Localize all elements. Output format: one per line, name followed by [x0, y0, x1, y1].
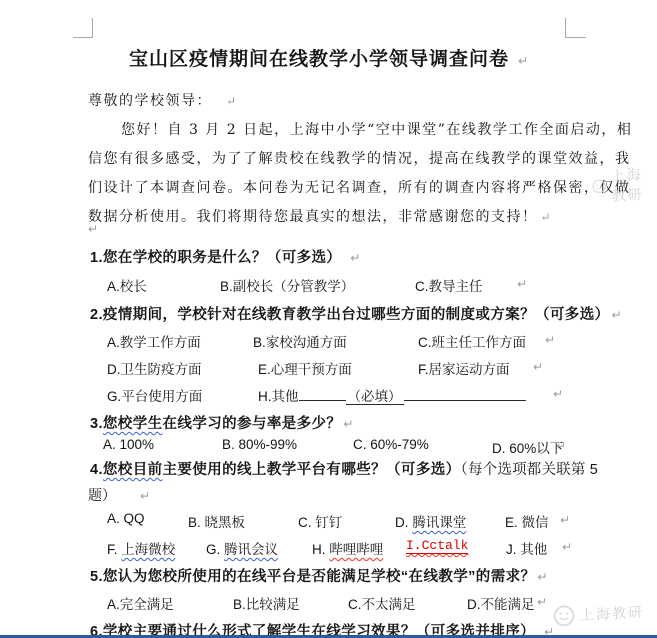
question-3-label: 3.您校学生在线学习的参与率是多少？↵	[90, 412, 353, 433]
question-4-number: 4.	[90, 462, 103, 478]
paragraph-mark-icon: ↵	[612, 308, 622, 322]
intro-line: 数据分析使用。我们将期待您最真实的想法，非常感谢您的支持！↵	[88, 206, 551, 226]
question-3-text: 在线学习的参与率是多少？	[163, 416, 342, 432]
option-h-spellcheck-term: 哔哩哔哩	[329, 542, 383, 557]
option-b: B.比较满足	[233, 593, 300, 613]
paragraph-mark-icon: ↵	[553, 387, 563, 401]
question-4-note-line2: 题）↵	[88, 485, 150, 505]
question-5-label: 5.您认为您校所使用的在线平台是否能满足学校“在线教学”的需求？↵	[90, 565, 547, 586]
page-margin-crop-mark-top-left	[73, 18, 93, 38]
question-3-number: 3.	[90, 416, 103, 432]
watermark-logo-icon	[552, 604, 575, 627]
watermark-text: 上海教研	[580, 602, 645, 625]
page-margin-crop-mark-top-right	[565, 18, 586, 38]
paragraph-mark-icon: ↵	[545, 333, 555, 347]
option-c: C.不太满足	[348, 593, 416, 613]
option-f: F. 上海微校	[107, 538, 175, 558]
option-d: D. 60%以下	[492, 437, 563, 457]
option-b: B.副校长（分管教学）	[220, 275, 354, 295]
question-4-spellcheck-term: 您校目前	[103, 462, 163, 478]
page-title-text: 宝山区疫情期间在线教学小学领导调查问卷	[129, 49, 509, 70]
question-2-label: 2.疫情期间，学校针对在线教育教学出台过哪些方面的制度或方案？（可多选）↵	[90, 303, 622, 324]
option-a: A.教学工作方面	[107, 331, 201, 351]
paragraph-mark-icon: ↵	[350, 251, 360, 265]
question-1-label: 1.您在学校的职务是什么？（可多选）↵	[90, 246, 360, 267]
watermark-bottom-right: 上海教研	[552, 601, 644, 628]
option-a: A.完全满足	[107, 593, 174, 613]
option-c: C.教导主任	[415, 275, 483, 295]
question-4-note: （每个选项都关联第 5	[461, 462, 599, 478]
option-h-label: H.其他	[258, 389, 299, 404]
option-a: A. QQ	[107, 511, 145, 526]
paragraph-mark-icon: ↵	[226, 94, 236, 108]
intro-line: 们设计了本调查问卷。本问卷为无记名调查，所有的调查内容将严格保密，仅做	[88, 177, 631, 197]
paragraph-mark-icon: ↵	[562, 540, 572, 554]
intro-line-text: 数据分析使用。我们将期待您最真实的想法，非常感谢您的支持！	[88, 209, 538, 225]
question-2-text: 2.疫情期间，学校针对在线教育教学出台过哪些方面的制度或方案？（可多选）	[90, 307, 610, 323]
paragraph-mark-icon: ↵	[518, 54, 528, 68]
option-g: G.平台使用方面	[107, 385, 202, 405]
option-d-spellcheck-term: 腾讯课堂	[412, 515, 466, 530]
question-2-options-row3: G.平台使用方面 H.其他（必填） ↵	[0, 385, 657, 402]
option-h: H. 哔哩哔哩	[312, 538, 383, 558]
paragraph-mark-icon: ↵	[343, 417, 353, 431]
fill-in-blank-line	[299, 386, 346, 401]
question-3-spellcheck-term: 您校学生	[103, 416, 163, 432]
watermark-text: 上海教研	[610, 163, 657, 205]
option-g: G. 腾讯会议	[206, 538, 278, 558]
greeting-line: 尊敬的学校领导：↵	[88, 90, 236, 110]
greeting-text: 尊敬的学校领导：	[88, 93, 212, 109]
option-a: A.校长	[107, 275, 147, 295]
paragraph-mark-icon: ↵	[517, 277, 527, 291]
option-e: E. 微信	[505, 511, 549, 531]
option-c: C.班主任工作方面	[418, 331, 526, 351]
paragraph-mark-icon: ↵	[556, 439, 566, 453]
option-c: C. 钉钉	[298, 511, 342, 531]
option-h-prefix: H.	[312, 542, 329, 557]
question-1-text: 1.您在学校的职务是什么？（可多选）	[90, 250, 341, 266]
watermark-right: 上海教研	[591, 163, 657, 206]
option-f-prefix: F.	[107, 542, 121, 557]
option-f-spellcheck-term: 上海微校	[121, 542, 175, 557]
option-h-other: H.其他（必填）	[258, 385, 526, 405]
paragraph-mark-icon: ↵	[88, 222, 98, 236]
question-3-options: A. 100% B. 80%-99% C. 60%-79% D. 60%以下 ↵	[0, 437, 657, 454]
paragraph-mark-icon: ↵	[560, 513, 570, 527]
fill-in-blank-line	[404, 386, 526, 401]
option-i-cctalk: I.Cctalk	[406, 538, 468, 554]
question-2-options-row1: A.教学工作方面 B.家校沟通方面 C.班主任工作方面 ↵	[0, 331, 657, 348]
option-e: E.心理干预方面	[258, 358, 352, 378]
option-d: D. 腾讯课堂	[395, 511, 466, 531]
paragraph-mark-icon: ↵	[537, 595, 547, 609]
option-b: B. 80%-99%	[222, 437, 297, 452]
option-d: D.不能满足	[467, 593, 535, 613]
document-page: 宝山区疫情期间在线教学小学领导调查问卷↵ 尊敬的学校领导：↵ 您好！自 3 月 …	[0, 0, 657, 638]
paragraph-mark-icon: ↵	[537, 570, 547, 584]
intro-line: 您好！自 3 月 2 日起，上海中小学“空中课堂”在线教学工作全面启动，相	[121, 119, 632, 139]
question-4-note2-text: 题）	[88, 487, 116, 503]
intro-line: 信您有很多感受，为了了解贵校在线教学的情况，提高在线教学的课堂效益，我	[88, 148, 631, 168]
question-5-text: 5.您认为您校所使用的在线平台是否能满足学校“在线教学”的需求？	[90, 569, 535, 585]
option-f: F.居家运动方面	[418, 358, 510, 378]
question-2-options-row2: D.卫生防疫方面 E.心理干预方面 F.居家运动方面 ↵	[0, 358, 657, 375]
option-b: B.家校沟通方面	[253, 331, 347, 351]
paragraph-mark-icon: ↵	[533, 360, 543, 374]
option-j: J. 其他	[506, 538, 547, 558]
page-title: 宝山区疫情期间在线教学小学领导调查问卷↵	[0, 44, 657, 71]
watermark-logo-icon	[592, 176, 607, 197]
question-4-text: 主要使用的线上教学平台有哪些？（可多选）	[163, 462, 461, 478]
paragraph-mark-icon: ↵	[140, 489, 150, 503]
paragraph-mark-icon: ↵	[541, 210, 551, 224]
question-4-options-row2: F. 上海微校 G. 腾讯会议 H. 哔哩哔哩 I.Cctalk J. 其他 ↵	[0, 538, 657, 555]
option-a: A. 100%	[103, 437, 154, 452]
option-d-prefix: D.	[395, 515, 412, 530]
fill-in-required-hint: （必填）	[346, 389, 404, 405]
question-1-options: A.校长 B.副校长（分管教学） C.教导主任 ↵	[0, 275, 657, 292]
question-4-label: 4.您校目前主要使用的线上教学平台有哪些？（可多选）（每个选项都关联第 5	[90, 458, 598, 479]
question-4-options-row1: A. QQ B. 晓黑板 C. 钉钉 D. 腾讯课堂 E. 微信 ↵	[0, 511, 657, 528]
option-d: D.卫生防疫方面	[107, 358, 202, 378]
option-b: B. 晓黑板	[188, 511, 245, 531]
option-g-prefix: G.	[206, 542, 224, 557]
option-c: C. 60%-79%	[353, 437, 429, 452]
option-g-spellcheck-term: 腾讯会议	[224, 542, 278, 557]
